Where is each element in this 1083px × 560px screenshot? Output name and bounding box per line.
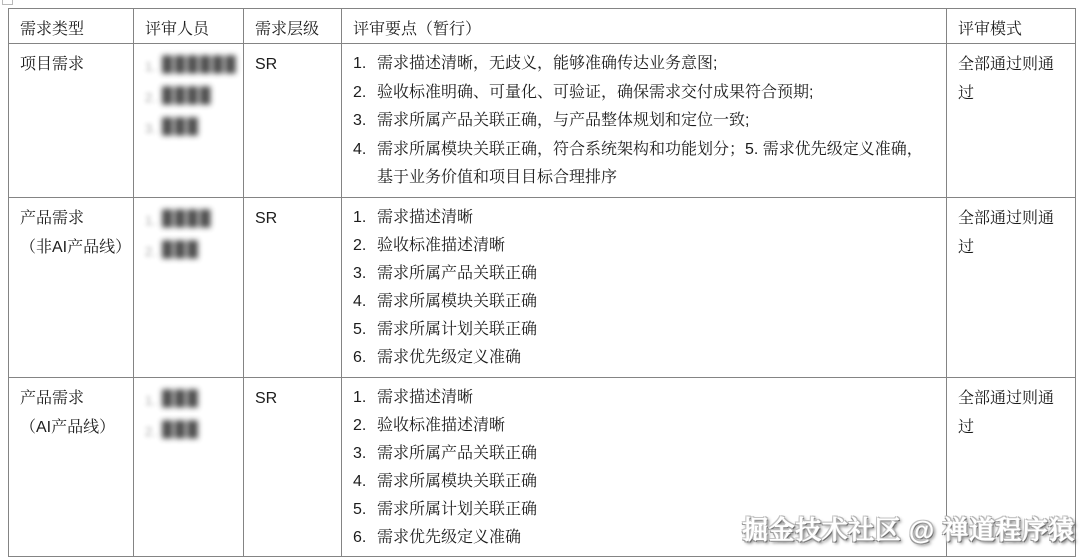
document-page: 需求类型 评审人员 需求层级 评审要点（暂行） 评审模式 项目需求 1.████… [0, 0, 1083, 560]
requirement-review-table: 需求类型 评审人员 需求层级 评审要点（暂行） 评审模式 项目需求 1.████… [8, 8, 1076, 557]
review-point: 6.需求优先级定义准确 [353, 344, 938, 372]
reviewer-marker: 3. [145, 112, 162, 143]
review-point: 2.验收标准明确、可量化、可验证，确保需求交付成果符合预期; [353, 79, 938, 108]
list-marker: 3. [353, 260, 377, 288]
review-point-text: 需求所属产品关联正确 [377, 260, 537, 288]
review-point-text: 需求所属模块关联正确 [377, 468, 537, 496]
cell-requirement-level: SR [244, 377, 342, 556]
cell-reviewers: 1.██████ 2.████ 3.███ [134, 44, 244, 198]
cell-review-points: 1.需求描述清晰，无歧义，能够准确传达业务意图; 2.验收标准明确、可量化、可验… [342, 44, 947, 198]
list-marker: 4. [353, 468, 377, 496]
list-marker: 3. [353, 107, 377, 136]
review-point-text: 需求描述清晰，无歧义，能够准确传达业务意图; [377, 50, 717, 79]
review-point-text: 需求所属模块关联正确，符合系统架构和功能划分；5. 需求优先级定义准确， 基于业… [377, 136, 923, 193]
column-header-review-mode: 评审模式 [947, 9, 1076, 44]
list-marker: 3. [353, 440, 377, 468]
review-point-text: 需求所属模块关联正确 [377, 288, 537, 316]
cell-requirement-type: 产品需求 （非AI产品线） [9, 197, 134, 377]
list-marker: 1. [353, 204, 377, 232]
review-point: 2.验收标准描述清晰 [353, 232, 938, 260]
list-marker: 5. [353, 316, 377, 344]
reviewer-marker: 2. [145, 415, 162, 446]
crop-artifact [2, 0, 13, 5]
reviewer-marker: 2. [145, 81, 162, 112]
reviewer-name-redacted: ████ [162, 204, 213, 235]
review-point-text: 需求所属产品关联正确 [377, 440, 537, 468]
reviewer-marker: 1. [145, 204, 162, 235]
reviewer-name-redacted: ███ [162, 415, 200, 446]
reviewer-redacted: 1.████ [145, 204, 235, 235]
reviewer-redacted: 2.███ [145, 415, 235, 446]
table-header-row: 需求类型 评审人员 需求层级 评审要点（暂行） 评审模式 [9, 9, 1076, 44]
review-point-text: 需求描述清晰 [377, 204, 473, 232]
review-point: 4.需求所属模块关联正确 [353, 468, 938, 496]
review-point: 4.需求所属模块关联正确，符合系统架构和功能划分；5. 需求优先级定义准确， 基… [353, 136, 938, 193]
column-header-reviewers: 评审人员 [134, 9, 244, 44]
cell-review-mode: 全部通过则通过 [947, 44, 1076, 198]
column-header-review-points: 评审要点（暂行） [342, 9, 947, 44]
review-point-text: 需求优先级定义准确 [377, 344, 521, 372]
review-point: 4.需求所属模块关联正确 [353, 288, 938, 316]
review-point-text: 需求所属计划关联正确 [377, 316, 537, 344]
review-point: 5.需求所属计划关联正确 [353, 316, 938, 344]
review-point: 1.需求描述清晰 [353, 384, 938, 412]
column-header-requirement-level: 需求层级 [244, 9, 342, 44]
review-point: 3.需求所属产品关联正确 [353, 440, 938, 468]
list-marker: 6. [353, 524, 377, 552]
review-point-text: 验收标准明确、可量化、可验证，确保需求交付成果符合预期; [377, 79, 813, 108]
watermark: 掘金技术社区 @ 禅道程序猿 [742, 510, 1075, 547]
reviewer-name-redacted: ███ [162, 384, 200, 415]
review-point-text: 需求优先级定义准确 [377, 524, 521, 552]
cell-reviewers: 1.███ 2.███ [134, 377, 244, 556]
cell-requirement-level: SR [244, 197, 342, 377]
review-point: 3.需求所属产品关联正确，与产品整体规划和定位一致; [353, 107, 938, 136]
cell-review-mode: 全部通过则通过 [947, 197, 1076, 377]
cell-requirement-type: 产品需求 （AI产品线） [9, 377, 134, 556]
reviewer-redacted: 2.███ [145, 235, 235, 266]
cell-reviewers: 1.████ 2.███ [134, 197, 244, 377]
list-marker: 1. [353, 50, 377, 79]
review-point: 2.验收标准描述清晰 [353, 412, 938, 440]
reviewer-marker: 1. [145, 384, 162, 415]
list-marker: 4. [353, 288, 377, 316]
reviewer-name-redacted: ███ [162, 112, 200, 143]
review-point: 1.需求描述清晰 [353, 204, 938, 232]
table-row-product-requirement-non-ai: 产品需求 （非AI产品线） 1.████ 2.███ SR 1.需求描述清晰 2… [9, 197, 1076, 377]
review-point-text: 需求描述清晰 [377, 384, 473, 412]
list-marker: 6. [353, 344, 377, 372]
reviewer-name-redacted: ████ [162, 81, 213, 112]
list-marker: 5. [353, 496, 377, 524]
column-header-requirement-type: 需求类型 [9, 9, 134, 44]
list-marker: 2. [353, 79, 377, 108]
table-row-project-requirement: 项目需求 1.██████ 2.████ 3.███ SR 1.需求描述清晰，无… [9, 44, 1076, 198]
list-marker: 4. [353, 136, 377, 193]
review-point: 3.需求所属产品关联正确 [353, 260, 938, 288]
cell-review-points: 1.需求描述清晰 2.验收标准描述清晰 3.需求所属产品关联正确 4.需求所属模… [342, 197, 947, 377]
review-point-text: 需求所属计划关联正确 [377, 496, 537, 524]
reviewer-marker: 1. [145, 50, 162, 81]
list-marker: 2. [353, 412, 377, 440]
cell-requirement-type: 项目需求 [9, 44, 134, 198]
review-point-text: 需求所属产品关联正确，与产品整体规划和定位一致; [377, 107, 749, 136]
reviewer-name-redacted: ██████ [162, 50, 238, 81]
review-point-text: 验收标准描述清晰 [377, 412, 505, 440]
reviewer-redacted: 2.████ [145, 81, 235, 112]
reviewer-redacted: 1.██████ [145, 50, 235, 81]
reviewer-redacted: 1.███ [145, 384, 235, 415]
review-point: 1.需求描述清晰，无歧义，能够准确传达业务意图; [353, 50, 938, 79]
cell-requirement-level: SR [244, 44, 342, 198]
list-marker: 2. [353, 232, 377, 260]
reviewer-name-redacted: ███ [162, 235, 200, 266]
review-point-text: 验收标准描述清晰 [377, 232, 505, 260]
reviewer-redacted: 3.███ [145, 112, 235, 143]
reviewer-marker: 2. [145, 235, 162, 266]
list-marker: 1. [353, 384, 377, 412]
